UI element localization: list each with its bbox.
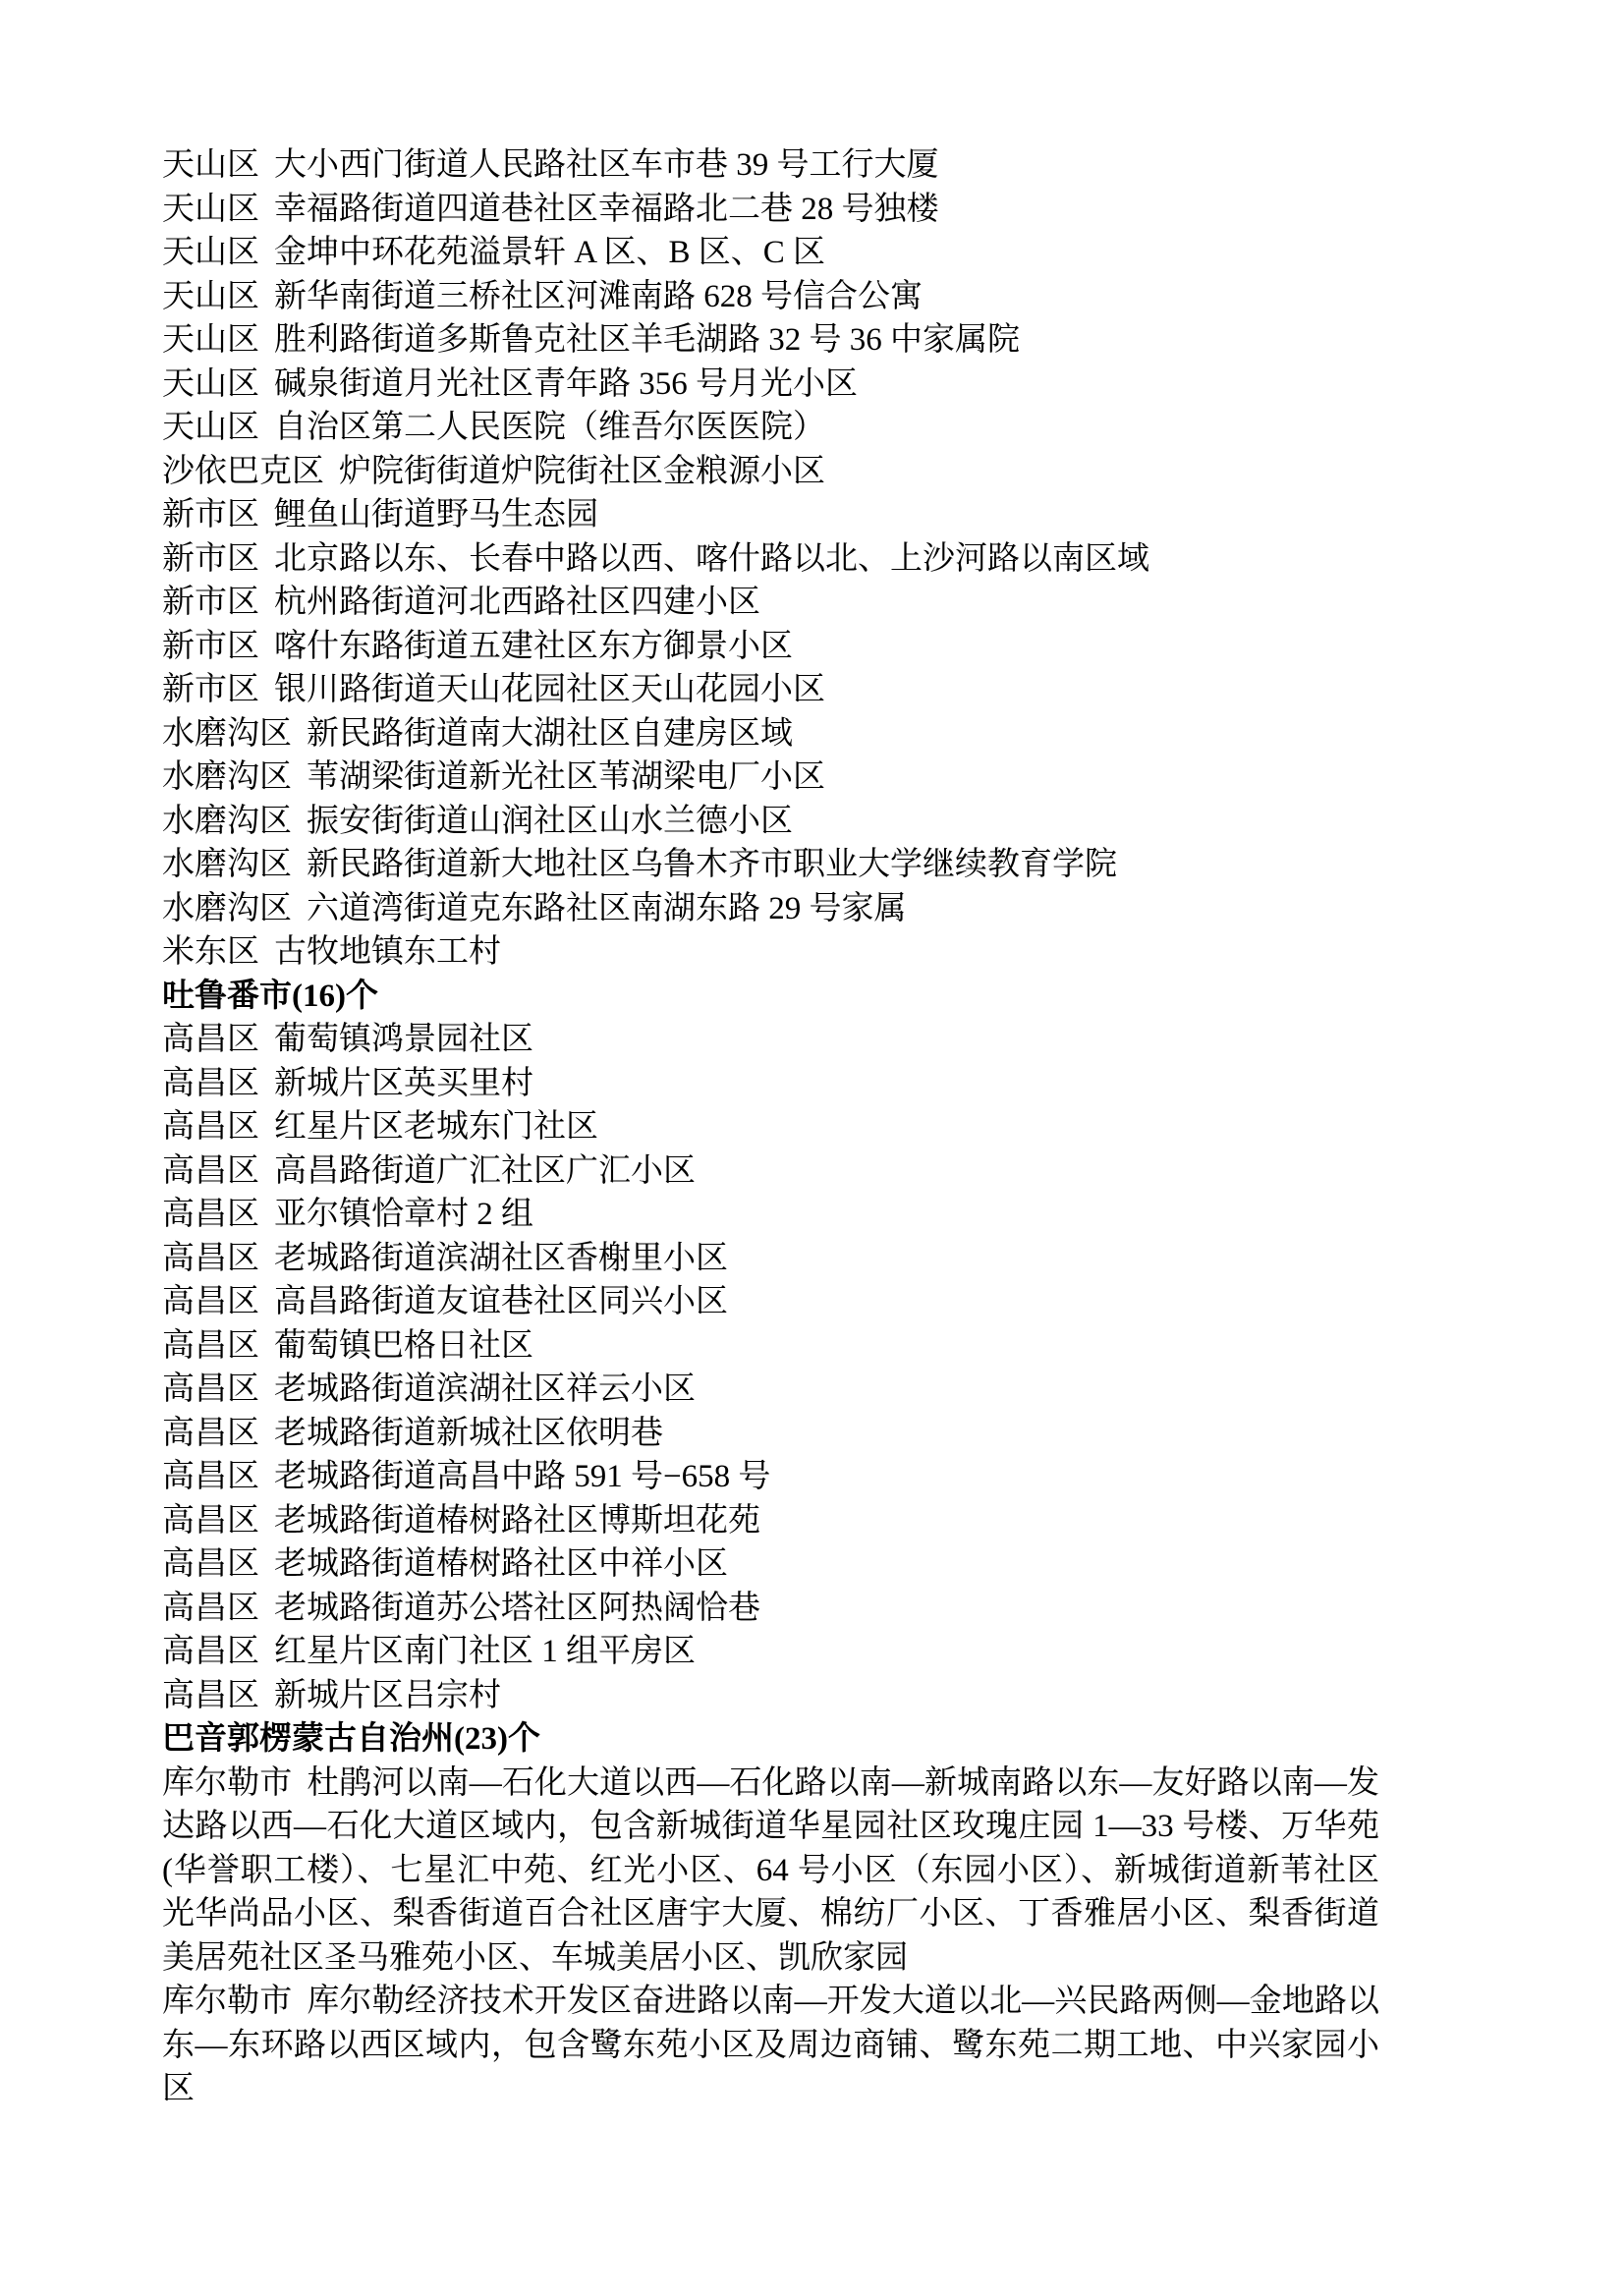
list-item: 天山区新华南街道三桥社区河滩南路 628 号信合公寓 <box>162 275 1379 319</box>
list-item: 高昌区高昌路街道友谊巷社区同兴小区 <box>162 1280 1379 1324</box>
region-label: 水磨沟区 <box>162 804 292 839</box>
list-item: 高昌区高昌路街道广汇社区广汇小区 <box>162 1149 1379 1194</box>
list-item: 高昌区新城片区英买里村 <box>162 1062 1379 1106</box>
address-text: 新民路街道新大地社区乌鲁木齐市职业大学继续教育学院 <box>307 847 1117 882</box>
address-text: 老城路街道椿树路社区博斯坦花苑 <box>274 1503 760 1539</box>
list-item: 天山区胜利路街道多斯鲁克社区羊毛湖路 32 号 36 中家属院 <box>162 318 1379 363</box>
list-item: 高昌区老城路街道滨湖社区香榭里小区 <box>162 1237 1379 1281</box>
region-label: 天山区 <box>162 322 259 358</box>
region-label: 新市区 <box>162 672 259 707</box>
region-label: 新市区 <box>162 497 259 532</box>
address-text: 杜鹃河以南—石化大道以西—石化路以南—新城南路以东—友好路以南—发达路以西—石化… <box>162 1765 1379 1976</box>
region-label: 水磨沟区 <box>162 891 292 926</box>
region-label: 天山区 <box>162 410 259 445</box>
address-text: 喀什东路街道五建社区东方御景小区 <box>274 629 793 664</box>
list-item: 天山区幸福路街道四道巷社区幸福路北二巷 28 号独楼 <box>162 188 1379 232</box>
list-item: 高昌区老城路街道滨湖社区祥云小区 <box>162 1368 1379 1412</box>
address-text: 红星片区老城东门社区 <box>274 1109 598 1145</box>
address-text: 金坤中环花苑溢景轩 A 区、B 区、C 区 <box>274 235 825 270</box>
region-label: 高昌区 <box>162 1284 259 1319</box>
list-item: 高昌区葡萄镇鸿景园社区 <box>162 1018 1379 1062</box>
region-label: 高昌区 <box>162 1197 259 1232</box>
list-paragraph: 库尔勒市库尔勒经济技术开发区奋进路以南—开发大道以北—兴民路两侧—金地路以东—东… <box>162 1980 1379 2111</box>
address-text: 新城片区英买里村 <box>274 1066 533 1101</box>
list-item: 新市区北京路以东、长春中路以西、喀什路以北、上沙河路以南区域 <box>162 537 1379 582</box>
address-text: 北京路以东、长春中路以西、喀什路以北、上沙河路以南区域 <box>274 541 1149 577</box>
list-item: 高昌区老城路街道新城社区依明巷 <box>162 1412 1379 1456</box>
region-label: 库尔勒市 <box>162 1984 292 2019</box>
list-paragraph: 库尔勒市杜鹃河以南—石化大道以西—石化路以南—新城南路以东—友好路以南—发达路以… <box>162 1762 1379 1981</box>
list-item: 高昌区亚尔镇恰章村 2 组 <box>162 1193 1379 1237</box>
region-label: 高昌区 <box>162 1066 259 1101</box>
section-bayingolin: 巴音郭楞蒙古自治州(23)个 库尔勒市杜鹃河以南—石化大道以西—石化路以南—新城… <box>162 1717 1379 2111</box>
region-label: 水磨沟区 <box>162 716 292 752</box>
list-item: 高昌区老城路街道椿树路社区博斯坦花苑 <box>162 1499 1379 1543</box>
region-label: 水磨沟区 <box>162 759 292 795</box>
section-turpan: 吐鲁番市(16)个 高昌区葡萄镇鸿景园社区 高昌区新城片区英买里村 高昌区红星片… <box>162 975 1379 1718</box>
region-label: 新市区 <box>162 585 259 620</box>
region-label: 高昌区 <box>162 1459 259 1494</box>
list-item: 天山区自治区第二人民医院（维吾尔医医院） <box>162 406 1379 450</box>
list-item: 天山区大小西门街道人民路社区车市巷 39 号工行大厦 <box>162 143 1379 188</box>
list-item: 沙依巴克区炉院街街道炉院街社区金粮源小区 <box>162 450 1379 494</box>
address-text: 葡萄镇鸿景园社区 <box>274 1022 533 1057</box>
list-item: 高昌区老城路街道椿树路社区中祥小区 <box>162 1542 1379 1587</box>
region-label: 高昌区 <box>162 1241 259 1276</box>
address-text: 葡萄镇巴格日社区 <box>274 1328 533 1364</box>
address-text: 高昌路街道友谊巷社区同兴小区 <box>274 1284 728 1319</box>
list-item: 水磨沟区苇湖梁街道新光社区苇湖梁电厂小区 <box>162 756 1379 800</box>
document-page: 天山区大小西门街道人民路社区车市巷 39 号工行大厦 天山区幸福路街道四道巷社区… <box>0 0 1624 2295</box>
address-text: 高昌路街道广汇社区广汇小区 <box>274 1153 696 1189</box>
region-label: 天山区 <box>162 147 259 183</box>
address-text: 老城路街道滨湖社区祥云小区 <box>274 1371 696 1407</box>
region-label: 高昌区 <box>162 1371 259 1407</box>
list-item: 天山区金坤中环花苑溢景轩 A 区、B 区、C 区 <box>162 231 1379 275</box>
address-text: 鲤鱼山街道野马生态园 <box>274 497 598 532</box>
list-item: 新市区鲤鱼山街道野马生态园 <box>162 493 1379 537</box>
list-item: 高昌区新城片区吕宗村 <box>162 1674 1379 1718</box>
list-item: 米东区古牧地镇东工村 <box>162 930 1379 975</box>
list-item: 高昌区红星片区南门社区 1 组平房区 <box>162 1630 1379 1674</box>
region-label: 高昌区 <box>162 1634 259 1669</box>
region-label: 天山区 <box>162 366 259 402</box>
list-item: 新市区喀什东路街道五建社区东方御景小区 <box>162 625 1379 669</box>
address-text: 老城路街道苏公塔社区阿热阔恰巷 <box>274 1591 760 1626</box>
section-header: 吐鲁番市(16)个 <box>162 975 1379 1019</box>
list-item: 高昌区老城路街道苏公塔社区阿热阔恰巷 <box>162 1587 1379 1631</box>
list-item: 水磨沟区新民路街道南大湖社区自建房区域 <box>162 712 1379 756</box>
region-label: 库尔勒市 <box>162 1765 292 1801</box>
address-text: 大小西门街道人民路社区车市巷 39 号工行大厦 <box>274 147 939 183</box>
address-text: 苇湖梁街道新光社区苇湖梁电厂小区 <box>307 759 825 795</box>
region-label: 高昌区 <box>162 1503 259 1539</box>
section-urumqi: 天山区大小西门街道人民路社区车市巷 39 号工行大厦 天山区幸福路街道四道巷社区… <box>162 143 1379 975</box>
list-item: 天山区碱泉街道月光社区青年路 356 号月光小区 <box>162 363 1379 407</box>
region-label: 高昌区 <box>162 1109 259 1145</box>
address-text: 亚尔镇恰章村 2 组 <box>274 1197 533 1232</box>
region-label: 高昌区 <box>162 1591 259 1626</box>
region-label: 天山区 <box>162 235 259 270</box>
address-text: 库尔勒经济技术开发区奋进路以南—开发大道以北—兴民路两侧—金地路以东—东环路以西… <box>162 1984 1379 2106</box>
region-label: 高昌区 <box>162 1416 259 1451</box>
address-text: 新城片区吕宗村 <box>274 1678 501 1713</box>
address-text: 老城路街道新城社区依明巷 <box>274 1416 663 1451</box>
list-item: 水磨沟区六道湾街道克东路社区南湖东路 29 号家属 <box>162 887 1379 931</box>
region-label: 沙依巴克区 <box>162 454 324 489</box>
address-text: 自治区第二人民医院（维吾尔医医院） <box>274 410 825 445</box>
section-header: 巴音郭楞蒙古自治州(23)个 <box>162 1717 1379 1762</box>
address-text: 老城路街道高昌中路 591 号−658 号 <box>274 1459 770 1494</box>
address-text: 古牧地镇东工村 <box>274 934 501 970</box>
list-item: 水磨沟区新民路街道新大地社区乌鲁木齐市职业大学继续教育学院 <box>162 843 1379 887</box>
region-label: 天山区 <box>162 192 259 227</box>
region-label: 高昌区 <box>162 1022 259 1057</box>
region-label: 新市区 <box>162 629 259 664</box>
address-text: 老城路街道滨湖社区香榭里小区 <box>274 1241 728 1276</box>
list-item: 高昌区红星片区老城东门社区 <box>162 1105 1379 1149</box>
address-text: 六道湾街道克东路社区南湖东路 29 号家属 <box>307 891 907 926</box>
address-text: 幸福路街道四道巷社区幸福路北二巷 28 号独楼 <box>274 192 939 227</box>
region-label: 高昌区 <box>162 1153 259 1189</box>
region-label: 高昌区 <box>162 1328 259 1364</box>
list-item: 水磨沟区振安街街道山润社区山水兰德小区 <box>162 800 1379 844</box>
address-text: 新华南街道三桥社区河滩南路 628 号信合公寓 <box>274 279 923 314</box>
address-text: 红星片区南门社区 1 组平房区 <box>274 1634 696 1669</box>
address-text: 振安街街道山润社区山水兰德小区 <box>307 804 793 839</box>
list-item: 高昌区老城路街道高昌中路 591 号−658 号 <box>162 1455 1379 1499</box>
address-text: 杭州路街道河北西路社区四建小区 <box>274 585 760 620</box>
address-text: 碱泉街道月光社区青年路 356 号月光小区 <box>274 366 858 402</box>
region-label: 天山区 <box>162 279 259 314</box>
region-label: 水磨沟区 <box>162 847 292 882</box>
list-item: 高昌区葡萄镇巴格日社区 <box>162 1324 1379 1369</box>
list-item: 新市区银川路街道天山花园社区天山花园小区 <box>162 668 1379 712</box>
region-label: 新市区 <box>162 541 259 577</box>
list-item: 新市区杭州路街道河北西路社区四建小区 <box>162 581 1379 625</box>
address-text: 胜利路街道多斯鲁克社区羊毛湖路 32 号 36 中家属院 <box>274 322 1020 358</box>
region-label: 米东区 <box>162 934 259 970</box>
address-text: 老城路街道椿树路社区中祥小区 <box>274 1546 728 1582</box>
region-label: 高昌区 <box>162 1678 259 1713</box>
address-text: 新民路街道南大湖社区自建房区域 <box>307 716 793 752</box>
address-text: 银川路街道天山花园社区天山花园小区 <box>274 672 825 707</box>
address-text: 炉院街街道炉院街社区金粮源小区 <box>339 454 825 489</box>
region-label: 高昌区 <box>162 1546 259 1582</box>
